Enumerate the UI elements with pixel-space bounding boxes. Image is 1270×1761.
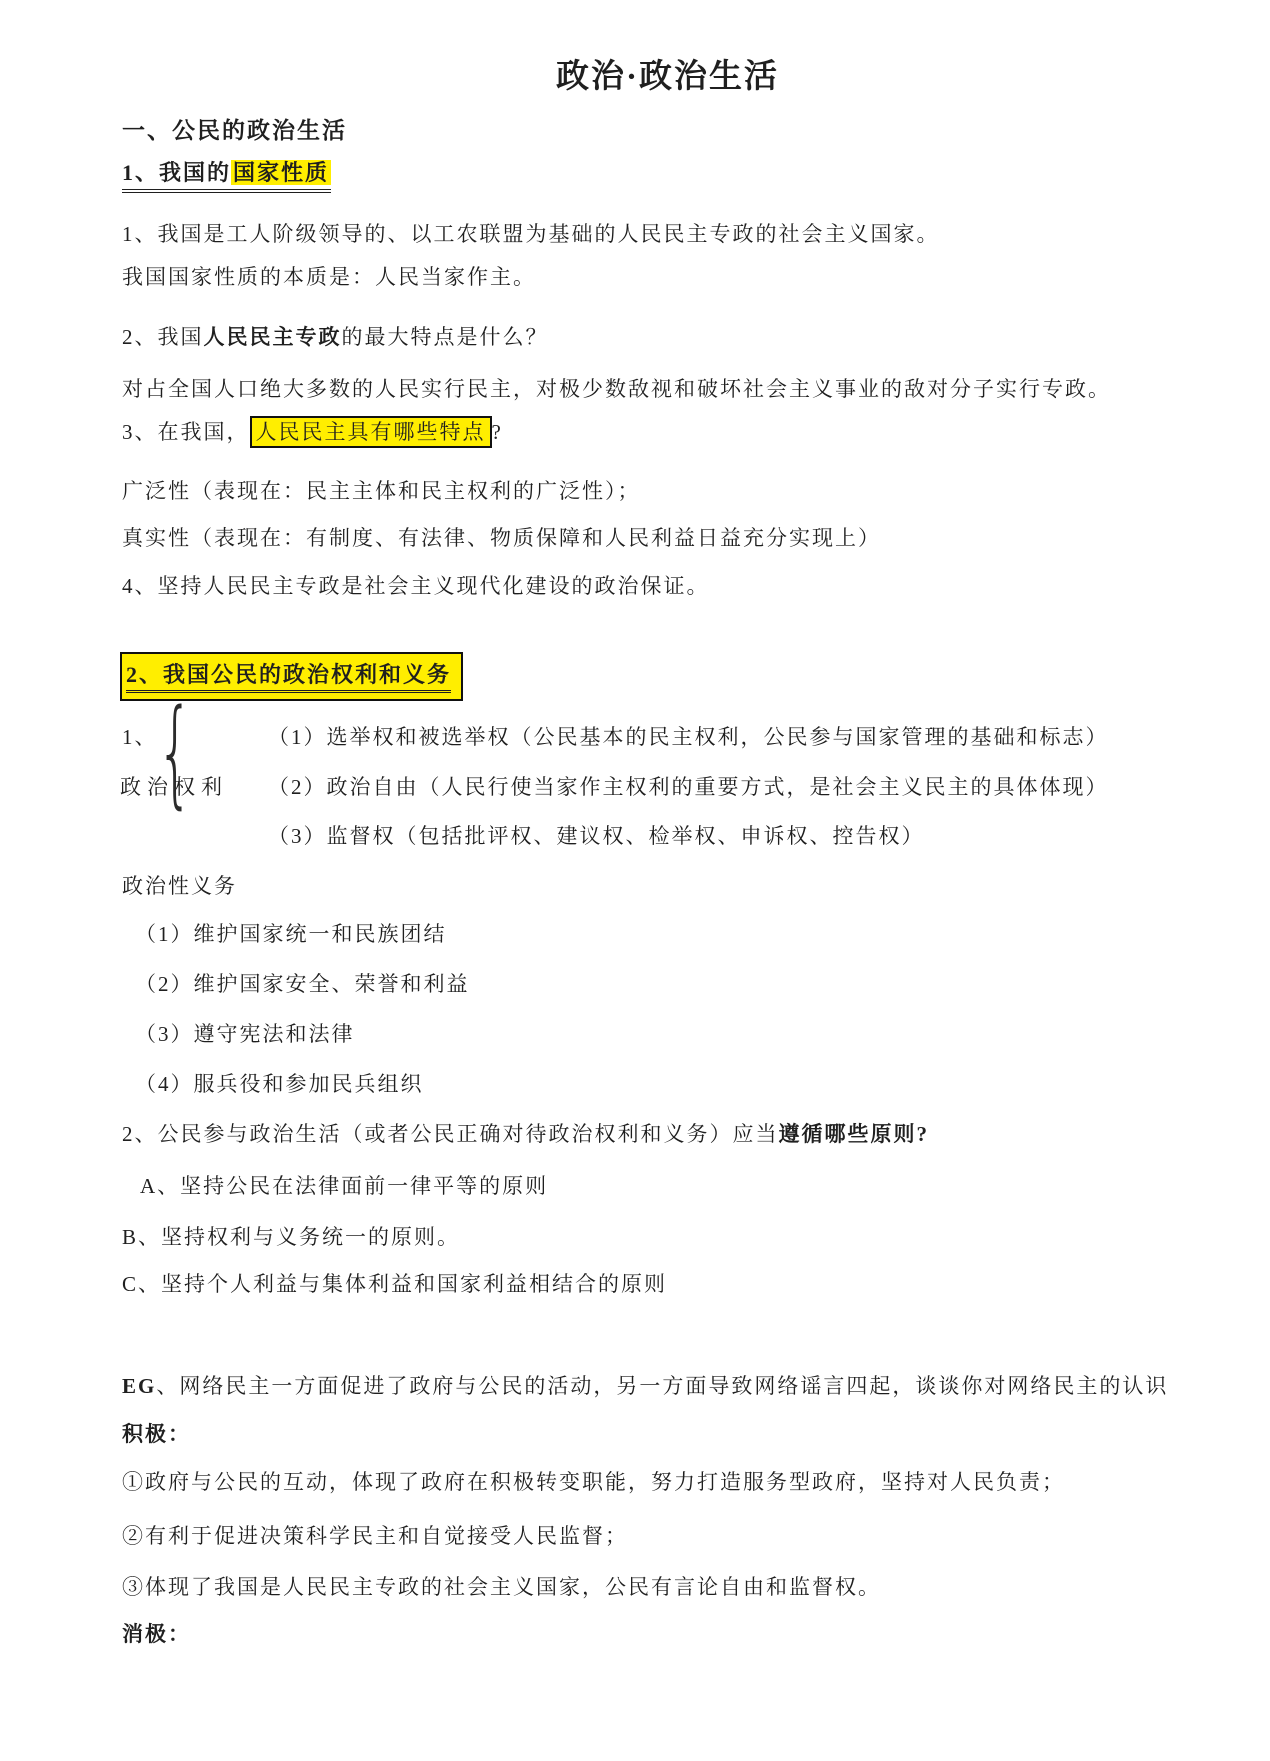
question-3: 3、在我国，人民民主具有哪些特点?: [122, 416, 503, 446]
document-page: 政治·政治生活 一、公民的政治生活 1、我国的国家性质 1、我国是工人阶级领导的…: [0, 0, 1270, 1761]
question-principles-bold: 遵循哪些原则: [779, 1122, 917, 1146]
duty-item-3: （3）遵守宪法和法律: [135, 1018, 355, 1048]
paragraph-state-nature: 1、我国是工人阶级领导的、以工农联盟为基础的人民民主专政的社会主义国家。: [122, 218, 940, 248]
paragraph-essence: 我国国家性质的本质是：人民当家作主。: [122, 261, 536, 291]
positive-label: 积极：: [122, 1418, 191, 1448]
duty-item-4: （4）服兵役和参加民兵组织: [135, 1068, 424, 1098]
duty-item-2: （2）维护国家安全、荣誉和利益: [135, 968, 470, 998]
right-item-1: （1）选举权和被选举权（公民基本的民主权利，公民参与国家管理的基础和标志）: [268, 721, 1109, 751]
paragraph-authenticity: 真实性（表现在：有制度、有法律、物质保障和人民利益日益充分实现上）: [122, 522, 881, 552]
question-2-bold: 人民民主专政: [204, 325, 342, 349]
positive-point-2: ②有利于促进决策科学民主和自觉接受人民监督；: [122, 1520, 628, 1550]
paragraph-broadness: 广泛性（表现在：民主主体和民主权利的广泛性）；: [122, 475, 641, 505]
example-text: 、网络民主一方面促进了政府与公民的活动，另一方面导致网络谣言四起，谈谈你对网络民…: [156, 1374, 1168, 1398]
right-item-2: （2）政治自由（人民行使当家作主权利的重要方式，是社会主义民主的具体体现）: [268, 771, 1109, 801]
doc-title: 政治·政治生活: [556, 50, 779, 97]
rights-group-label: 政治权利: [120, 771, 228, 801]
duty-item-1: （1）维护国家统一和民族团结: [135, 918, 447, 948]
question-3-pre: 3、在我国，: [122, 420, 250, 444]
topic1-underline: 1、我国的国家性质: [122, 156, 331, 193]
question-principles-pre: 2、公民参与政治生活（或者公民正确对待政治权利和义务）应当: [122, 1122, 779, 1146]
topic1-heading: 1、我国的国家性质: [122, 156, 331, 193]
paragraph-political-guarantee: 4、坚持人民民主专政是社会主义现代化建设的政治保证。: [122, 570, 710, 600]
question-2: 2、我国人民民主专政的最大特点是什么？: [122, 321, 549, 351]
question-2-post: 的最大特点是什么？: [342, 325, 549, 349]
negative-label: 消极：: [122, 1618, 191, 1648]
question-3-post: ?: [492, 420, 503, 444]
section1-heading: 一、公民的政治生活: [122, 112, 347, 145]
duties-heading: 政治性义务: [122, 870, 237, 900]
rights-number-label: 1、: [122, 721, 158, 751]
right-item-3: （3）监督权（包括批评权、建议权、检举权、申诉权、控告权）: [268, 820, 925, 850]
positive-point-3: ③体现了我国是人民民主专政的社会主义国家，公民有言论自由和监督权。: [122, 1571, 881, 1601]
question-2-pre: 2、我国: [122, 325, 204, 349]
question-principles: 2、公民参与政治生活（或者公民正确对待政治权利和义务）应当遵循哪些原则?: [122, 1118, 929, 1148]
topic1-prefix: 1、我国的: [122, 160, 231, 185]
example-question: EG、网络民主一方面促进了政府与公民的活动，另一方面导致网络谣言四起，谈谈你对网…: [122, 1370, 1168, 1400]
principle-a: A、坚持公民在法律面前一律平等的原则: [140, 1170, 548, 1200]
question-principles-post: ?: [917, 1122, 930, 1146]
question-3-highlight-box: 人民民主具有哪些特点: [250, 416, 492, 448]
principle-c: C、坚持个人利益与集体利益和国家利益相结合的原则: [122, 1268, 667, 1298]
paragraph-democracy-dictatorship: 对占全国人口绝大多数的人民实行民主，对极少数敌视和破坏社会主义事业的敌对分子实行…: [122, 373, 1111, 403]
topic1-highlight: 国家性质: [231, 160, 331, 185]
principle-b: B、坚持权利与义务统一的原则。: [122, 1221, 460, 1251]
positive-point-1: ①政府与公民的互动，体现了政府在积极转变职能，努力打造服务型政府，坚持对人民负责…: [122, 1466, 1065, 1496]
example-label: EG: [122, 1374, 156, 1398]
